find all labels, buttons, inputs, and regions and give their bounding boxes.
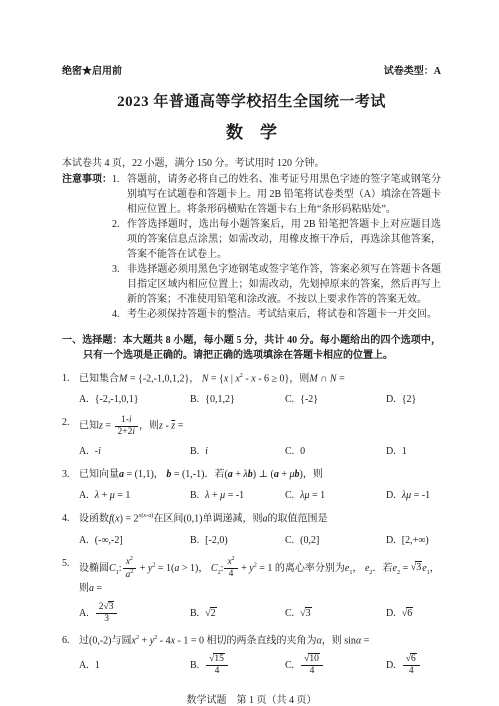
- option-D: D.√64: [386, 654, 441, 677]
- option-value: -i: [95, 444, 101, 459]
- notice-item: 2. 作答选择题时，选出每小题答案后，用 2B 铅笔把答题卡上对应题目选项的答案…: [112, 217, 441, 262]
- option-letter: D.: [386, 658, 396, 673]
- notice-block: 注意事项： 1. 答题前，请务必将自己的姓名、准考证号用黑色字迹的签字笔或钢笔分…: [62, 172, 441, 322]
- option-letter: C.: [285, 444, 294, 459]
- notice-item-text: 作答选择题时，选出每小题答案后，用 2B 铅笔把答题卡上对应题目选项的答案信息点…: [127, 217, 441, 262]
- subject-title: 数 学: [62, 120, 441, 146]
- option-letter: C.: [285, 533, 294, 548]
- notice-item-number: 4.: [112, 307, 127, 322]
- option-letter: C.: [285, 658, 294, 673]
- option-A: A.{-2,-1,0,1}: [79, 392, 190, 407]
- option-letter: C.: [285, 392, 294, 407]
- option-D: D.{2}: [386, 392, 441, 407]
- option-C: C.(0,2]: [285, 533, 386, 548]
- option-letter: C.: [285, 488, 294, 503]
- question-6: 6. 过(0,-2)与圆x2 + y2 - 4x - 1 = 0 相切的两条直线…: [62, 633, 441, 677]
- question-stem: 2. 已知z = 1-i2+2i，则z - z =: [62, 415, 441, 438]
- option-B: B.√2: [190, 606, 285, 621]
- notice-item-number: 2.: [112, 217, 127, 262]
- option-letter: D.: [386, 392, 396, 407]
- option-letter: A.: [79, 444, 89, 459]
- question-stem: 1. 已知集合M = {-2,-1,0,1,2}， N = {x | x2 - …: [62, 371, 441, 386]
- option-value: λ + μ = -1: [205, 488, 244, 503]
- option-value: {2}: [402, 392, 417, 407]
- option-value: (0,2]: [300, 533, 319, 548]
- option-C: C.λμ = 1: [285, 488, 386, 503]
- paper-type-label: 试卷类型：A: [384, 64, 441, 79]
- question-text: 已知z = 1-i2+2i，则z - z =: [79, 415, 441, 438]
- option-A: A.-i: [79, 444, 190, 459]
- option-A: A.1: [79, 658, 190, 673]
- option-D: D.1: [386, 444, 441, 459]
- exam-paper-page: 绝密★启用前 试卷类型：A 2023 年普通高等学校招生全国统一考试 数 学 本…: [0, 0, 499, 706]
- classification-label: 绝密★启用前: [62, 64, 122, 79]
- option-D: D.√6: [386, 606, 441, 621]
- option-value: √104: [300, 654, 324, 677]
- notice-item: 3. 非选择题必须用黑色字迹钢笔或签字笔作答，答案必须写在答题卡各题目指定区域内…: [112, 262, 441, 307]
- option-value: [2,+∞): [402, 533, 429, 548]
- option-value: √3: [300, 606, 312, 621]
- option-C: C.0: [285, 444, 386, 459]
- option-letter: B.: [190, 444, 199, 459]
- option-letter: D.: [386, 488, 396, 503]
- question-text: 已知向量a = (1,1)， b = (1,-1)．若(a + λb) ⊥ (a…: [79, 467, 441, 482]
- section-one-heading: 一、选择题：本大题共 8 小题，每小题 5 分，共计 40 分。每小题给出的四个…: [62, 333, 441, 363]
- question-stem: 5. 设椭圆C1:x2a2 + y2 = 1(a > 1)， C2:x24 + …: [62, 556, 441, 596]
- option-value: 0: [300, 444, 305, 459]
- question-text: 过(0,-2)与圆x2 + y2 - 4x - 1 = 0 相切的两条直线的夹角…: [79, 633, 441, 648]
- question-number: 6.: [62, 633, 79, 648]
- question-number: 4.: [62, 511, 79, 526]
- option-value: λμ = 1: [300, 488, 325, 503]
- option-value: λ + μ = 1: [95, 488, 131, 503]
- question-5: 5. 设椭圆C1:x2a2 + y2 = 1(a > 1)， C2:x24 + …: [62, 556, 441, 625]
- option-B: B.λ + μ = -1: [190, 488, 285, 503]
- question-3: 3. 已知向量a = (1,1)， b = (1,-1)．若(a + λb) ⊥…: [62, 467, 441, 503]
- options-row: A.{-2,-1,0,1} B.{0,1,2} C.{-2} D.{2}: [62, 392, 441, 407]
- notice-item: 1. 答题前，请务必将自己的姓名、准考证号用黑色字迹的签字笔或钢笔分别填写在试题…: [112, 172, 441, 217]
- question-2: 2. 已知z = 1-i2+2i，则z - z = A.-i B.i C.0 D…: [62, 415, 441, 459]
- question-stem: 4. 设函数f(x) = 2x(x-a)在区间(0,1)单调递减，则a的取值范围…: [62, 511, 441, 526]
- option-value: √154: [205, 654, 229, 677]
- option-C: C.{-2}: [285, 392, 386, 407]
- option-letter: D.: [386, 533, 396, 548]
- option-A: A.(-∞,-2]: [79, 533, 190, 548]
- option-B: B.i: [190, 444, 285, 459]
- option-B: B.[-2,0): [190, 533, 285, 548]
- option-letter: B.: [190, 658, 199, 673]
- option-letter: D.: [386, 606, 396, 621]
- option-D: D.λμ = -1: [386, 488, 441, 503]
- question-4: 4. 设函数f(x) = 2x(x-a)在区间(0,1)单调递减，则a的取值范围…: [62, 511, 441, 547]
- option-value: {-2,-1,0,1}: [95, 392, 139, 407]
- option-letter: B.: [190, 392, 199, 407]
- question-number: 2.: [62, 415, 79, 430]
- option-B: B.√154: [190, 654, 285, 677]
- option-letter: A.: [79, 392, 89, 407]
- option-C: C.√3: [285, 606, 386, 621]
- notice-item-text: 非选择题必须用黑色字迹钢笔或签字笔作答，答案必须写在答题卡各题目指定区域内相应位…: [127, 262, 441, 307]
- option-letter: A.: [79, 533, 89, 548]
- option-A: A.2√33: [79, 602, 190, 625]
- option-value: λμ = -1: [402, 488, 430, 503]
- option-value: {-2}: [300, 392, 318, 407]
- options-row: A.-i B.i C.0 D.1: [62, 444, 441, 459]
- question-text: 设椭圆C1:x2a2 + y2 = 1(a > 1)， C2:x24 + y2 …: [79, 556, 441, 596]
- question-number: 1.: [62, 371, 79, 386]
- option-letter: B.: [190, 488, 199, 503]
- option-value: √2: [205, 606, 217, 621]
- option-value: 2√33: [95, 602, 119, 625]
- option-value: √64: [402, 654, 421, 677]
- question-stem: 3. 已知向量a = (1,1)， b = (1,-1)．若(a + λb) ⊥…: [62, 467, 441, 482]
- option-letter: D.: [386, 444, 396, 459]
- option-letter: A.: [79, 658, 89, 673]
- option-value: 1: [95, 658, 100, 673]
- header-meta-row: 绝密★启用前 试卷类型：A: [62, 64, 441, 79]
- option-value: i: [205, 444, 208, 459]
- exam-info: 本试卷共 4 页，22 小题，满分 150 分。考试用时 120 分钟。: [62, 156, 441, 171]
- exam-title: 2023 年普通高等学校招生全国统一考试: [62, 91, 441, 114]
- option-letter: B.: [190, 533, 199, 548]
- option-value: {0,1,2}: [205, 392, 235, 407]
- option-B: B.{0,1,2}: [190, 392, 285, 407]
- option-letter: B.: [190, 606, 199, 621]
- question-text: 设函数f(x) = 2x(x-a)在区间(0,1)单调递减，则a的取值范围是: [79, 511, 441, 526]
- option-letter: C.: [285, 606, 294, 621]
- notice-items: 1. 答题前，请务必将自己的姓名、准考证号用黑色字迹的签字笔或钢笔分别填写在试题…: [112, 172, 441, 322]
- question-number: 5.: [62, 556, 79, 571]
- notice-label: 注意事项：: [62, 172, 112, 322]
- notice-item-number: 3.: [112, 262, 127, 307]
- notice-item-text: 答题前，请务必将自己的姓名、准考证号用黑色字迹的签字笔或钢笔分别填写在试题卷和答…: [127, 172, 441, 217]
- option-letter: A.: [79, 606, 89, 621]
- notice-item: 4. 考生必须保持答题卡的整洁。考试结束后，将试卷和答题卡一并交回。: [112, 307, 441, 322]
- option-value: (-∞,-2]: [95, 533, 123, 548]
- option-D: D.[2,+∞): [386, 533, 441, 548]
- question-number: 3.: [62, 467, 79, 482]
- question-text: 已知集合M = {-2,-1,0,1,2}， N = {x | x2 - x -…: [79, 371, 441, 386]
- question-stem: 6. 过(0,-2)与圆x2 + y2 - 4x - 1 = 0 相切的两条直线…: [62, 633, 441, 648]
- options-row: A.(-∞,-2] B.[-2,0) C.(0,2] D.[2,+∞): [62, 533, 441, 548]
- option-C: C.√104: [285, 654, 386, 677]
- option-A: A.λ + μ = 1: [79, 488, 190, 503]
- options-row: A.λ + μ = 1 B.λ + μ = -1 C.λμ = 1 D.λμ =…: [62, 488, 441, 503]
- option-value: √6: [402, 606, 414, 621]
- question-1: 1. 已知集合M = {-2,-1,0,1,2}， N = {x | x2 - …: [62, 371, 441, 407]
- options-row: A.1 B.√154 C.√104 D.√64: [62, 654, 441, 677]
- page-footer: 数学试题 第 1 页（共 4 页）: [62, 693, 441, 706]
- options-row: A.2√33 B.√2 C.√3 D.√6: [62, 602, 441, 625]
- option-value: 1: [402, 444, 407, 459]
- notice-item-text: 考生必须保持答题卡的整洁。考试结束后，将试卷和答题卡一并交回。: [127, 307, 441, 322]
- option-value: [-2,0): [205, 533, 228, 548]
- notice-item-number: 1.: [112, 172, 127, 217]
- option-letter: A.: [79, 488, 89, 503]
